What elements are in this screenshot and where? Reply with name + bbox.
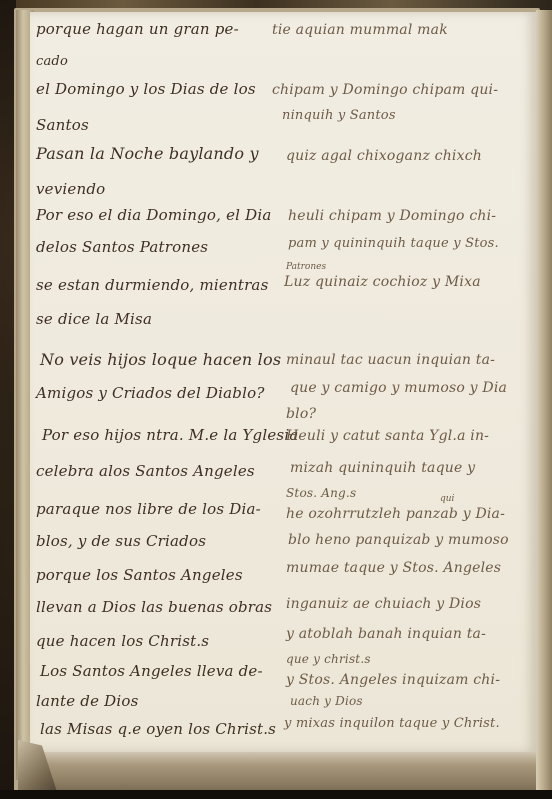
spanish-line: celebra alos Santos Angeles xyxy=(36,462,255,480)
translation-line: mumae taque y Stos. Angeles xyxy=(286,560,501,576)
translation-line: y atoblah banah inquian ta- xyxy=(286,626,486,642)
translation-line: uach y Dios xyxy=(290,694,363,708)
spanish-line: porque hagan un gran pe- xyxy=(36,20,239,38)
translation-line: mizah quininquih taque y xyxy=(290,460,475,476)
spanish-line: Santos xyxy=(36,116,89,134)
spanish-line: paraque nos libre de los Dia- xyxy=(36,500,261,518)
spanish-line: lante de Dios xyxy=(36,692,138,710)
spanish-line: se dice la Misa xyxy=(36,310,152,328)
spanish-line: llevan a Dios las buenas obras xyxy=(36,598,272,616)
translation-line: y mixas inquilon taque y Christ. xyxy=(284,716,500,731)
translation-line: Luz quinaiz cochioz y Mixa xyxy=(284,274,481,290)
spanish-line: el Domingo y los Dias de los xyxy=(36,80,256,98)
translation-line: tie aquian mummal mak xyxy=(272,22,448,38)
spanish-line: Amigos y Criados del Diablo? xyxy=(36,384,265,402)
translation-line: Heuli y catut santa Ygl.a in- xyxy=(286,428,489,444)
spanish-line: las Misas q.e oyen los Christ.s xyxy=(40,720,276,738)
page-fore-edge xyxy=(536,10,552,795)
translation-line: minaul tac uacun inquian ta- xyxy=(286,352,495,368)
translation-line: Stos. Ang.s xyxy=(286,486,356,500)
spanish-line: se estan durmiendo, mientras xyxy=(36,276,268,294)
translation-line: heuli chipam y Domingo chi- xyxy=(288,208,496,224)
spanish-line: No veis hijos loque hacen los xyxy=(40,350,281,369)
spanish-line: veviendo xyxy=(36,180,105,198)
translation-line: que y christ.s xyxy=(286,652,371,666)
spanish-line: porque los Santos Angeles xyxy=(36,566,243,584)
spanish-line: que hacen los Christ.s xyxy=(36,632,209,650)
translation-line: inganuiz ae chuiach y Dios xyxy=(286,596,481,612)
translation-superscript: qui xyxy=(440,494,454,504)
spanish-line: Por eso hijos ntra. M.e la Yglesia xyxy=(42,426,298,444)
translation-line: he ozohrrutzleh panzab y Dia- xyxy=(286,506,505,522)
translation-line: quiz agal chixoganz chixch xyxy=(286,148,482,164)
translation-superscript: Patrones xyxy=(286,262,326,272)
translation-line: ninquih y Santos xyxy=(282,108,396,123)
spanish-line: delos Santos Patrones xyxy=(36,238,208,256)
translation-line: y Stos. Angeles inquizam chi- xyxy=(286,672,500,688)
translation-line: chipam y Domingo chipam qui- xyxy=(272,82,498,98)
translation-line: blo? xyxy=(286,406,316,422)
translation-line: pam y quininquih taque y Stos. xyxy=(288,236,499,251)
spanish-line: Por eso el dia Domingo, el Dia xyxy=(36,206,272,224)
translation-line: blo heno panquizab y mumoso xyxy=(288,532,509,548)
book-bottom-edge xyxy=(0,790,552,799)
translation-line: que y camigo y mumoso y Dia xyxy=(290,380,507,396)
spanish-line: Pasan la Noche baylando y xyxy=(36,144,259,163)
spanish-line: blos, y de sus Criados xyxy=(36,532,206,550)
spanish-line: Los Santos Angeles lleva de- xyxy=(40,662,263,680)
spanish-line: cado xyxy=(36,54,68,69)
